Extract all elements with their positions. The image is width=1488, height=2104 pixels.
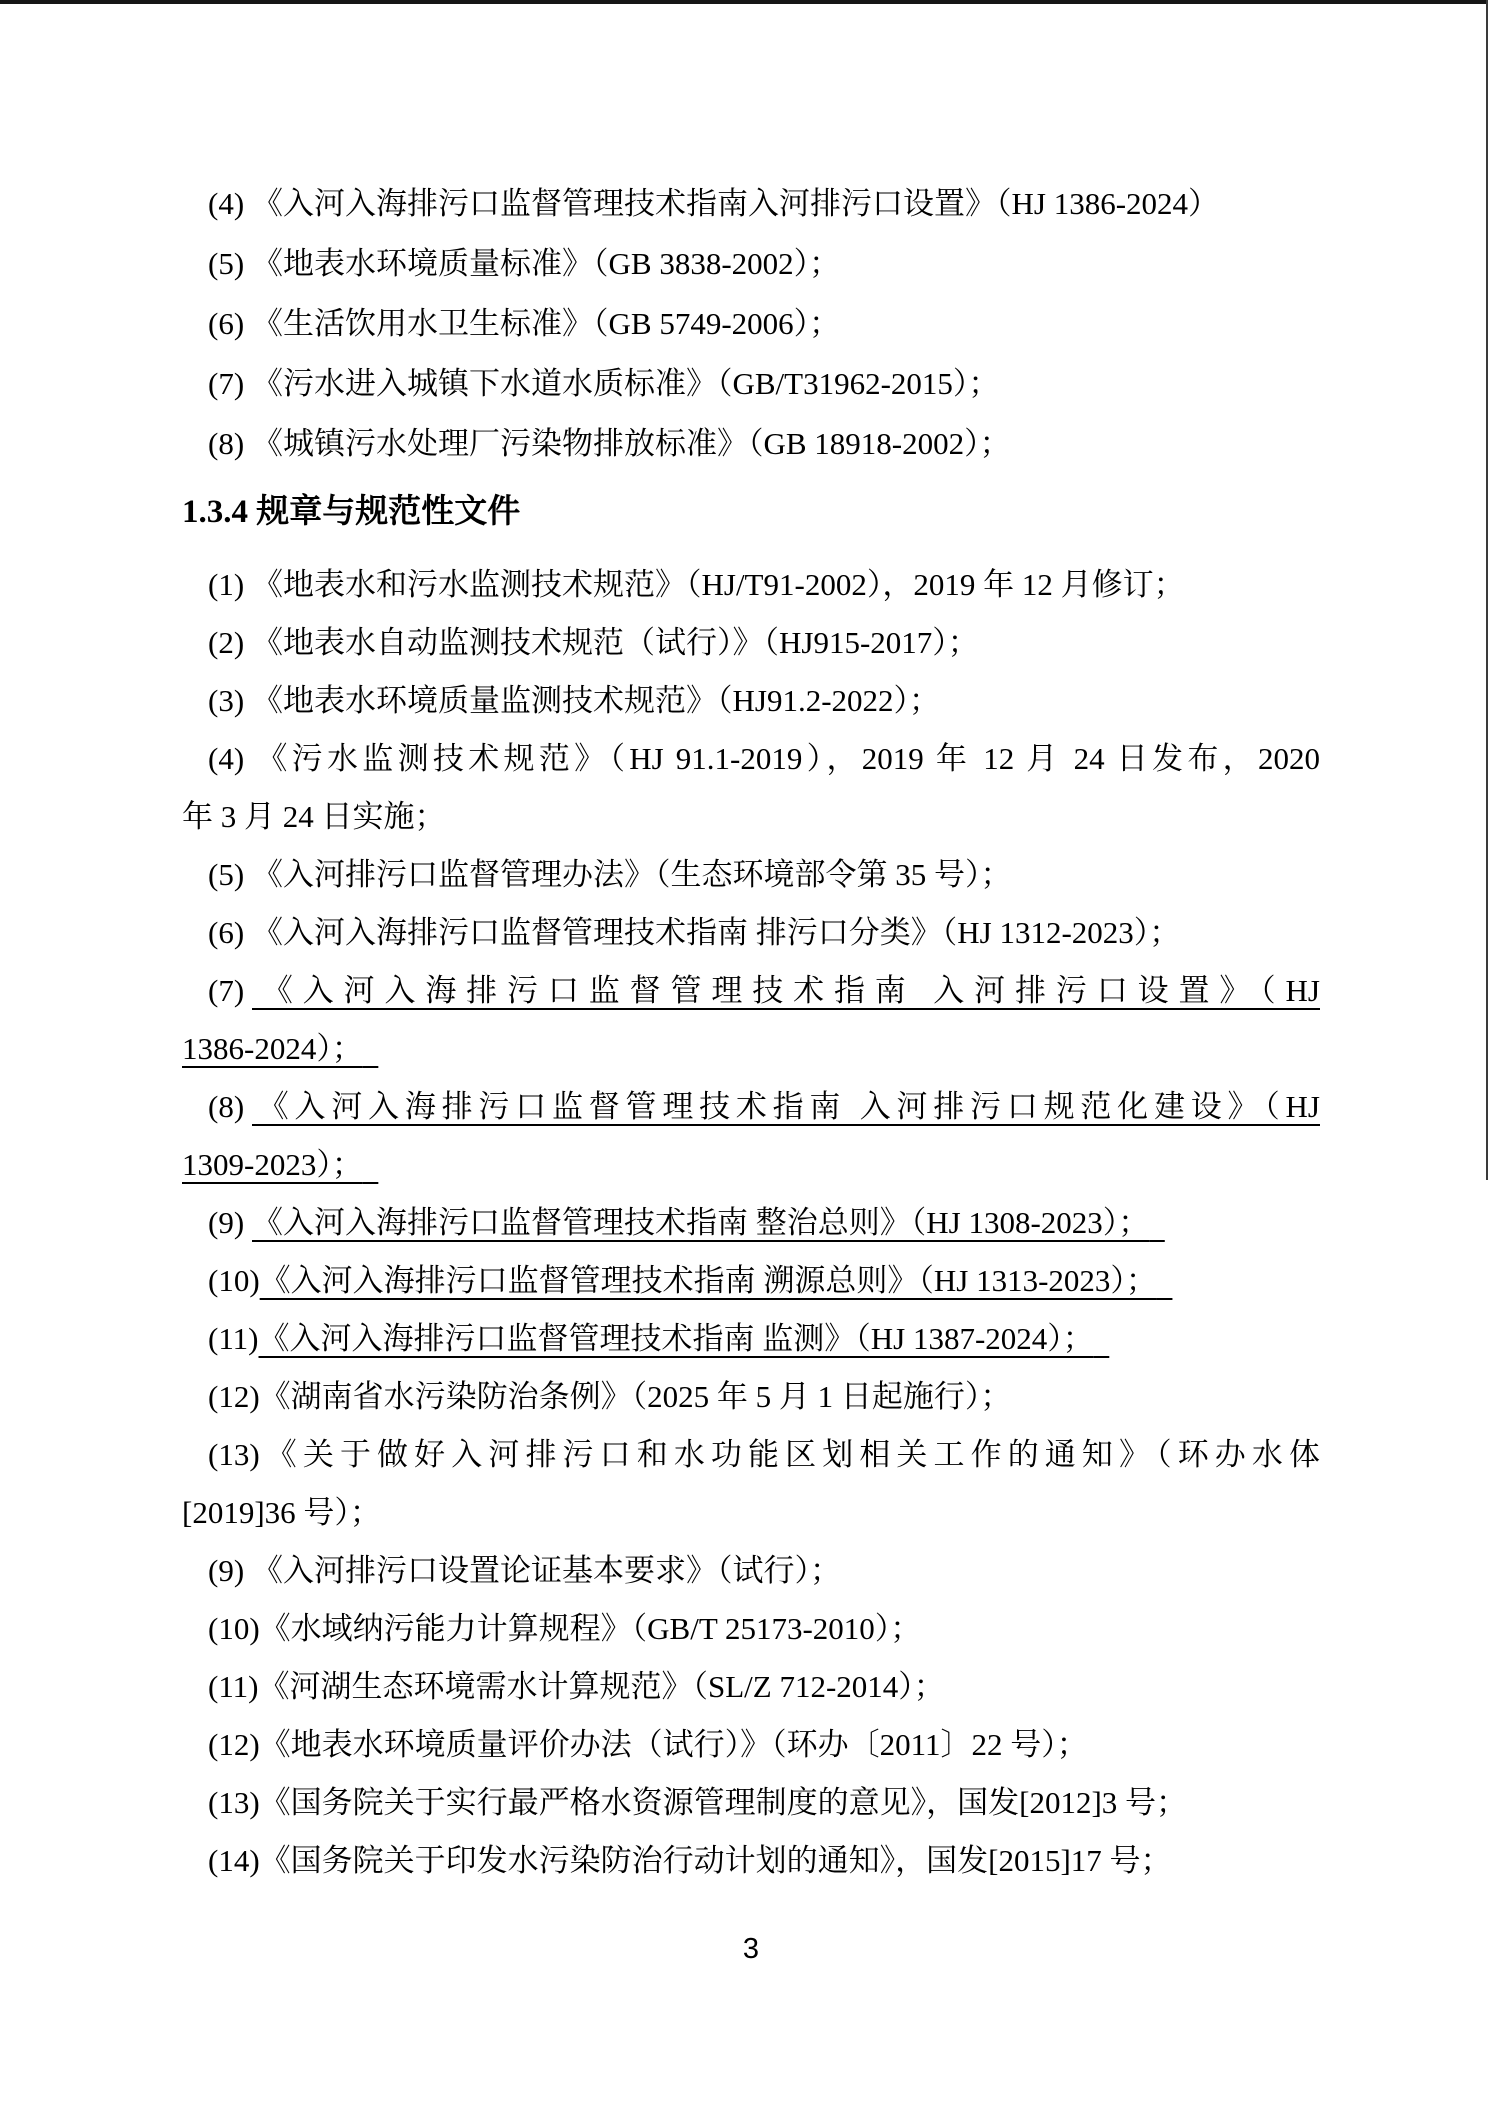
item-number: (11) <box>208 1658 259 1716</box>
item-text: 《入河入海排污口监督管理技术指南 排污口分类》（HJ 1312-2023）； <box>252 915 1180 950</box>
item-number: (12) <box>208 1368 260 1426</box>
page-number: 3 <box>182 1920 1320 1978</box>
list-item: (10)《水域纳污能力计算规程》（GB/T 25173-2010）； <box>182 1600 1320 1658</box>
list-item: (11)《河湖生态环境需水计算规范》（SL/Z 712-2014）； <box>182 1658 1320 1716</box>
list-item: (2)《地表水自动监测技术规范（试行）》（HJ915-2017）； <box>182 614 1320 672</box>
item-text: 《地表水环境质量评价办法（试行）》（环办〔2011〕22 号）； <box>260 1727 1088 1762</box>
item-text: 《入河入海排污口监督管理技术指南 入河排污口规范化建设》（HJ <box>252 1089 1320 1124</box>
list-item: (9)《入河入海排污口监督管理技术指南 整治总则》（HJ 1308-2023）； <box>182 1194 1320 1252</box>
item-text: 《入河入海排污口监督管理技术指南 入河排污口设置》（HJ <box>252 973 1320 1008</box>
item-text: [2019]36 号）； <box>182 1495 381 1530</box>
item-text: 《国务院关于印发水污染防治行动计划的通知》，国发[2015]17 号； <box>260 1843 1172 1878</box>
list-item: (9)《入河排污口设置论证基本要求》（试行）； <box>182 1542 1320 1600</box>
item-number: (2) <box>208 614 252 672</box>
item-text: 1309-2023）； <box>182 1147 378 1182</box>
item-text: 《入河入海排污口监督管理技术指南 溯源总则》（HJ 1313-2023）； <box>260 1263 1173 1298</box>
item-text: 《入河入海排污口监督管理技术指南 整治总则》（HJ 1308-2023）； <box>252 1205 1165 1240</box>
list-item: (4)《入河入海排污口监督管理技术指南入河排污口设置》（HJ 1386-2024… <box>182 174 1320 234</box>
list-item: (4)《污水监测技术规范》（HJ 91.1-2019），2019 年 12 月 … <box>182 730 1320 846</box>
item-text: 《湖南省水污染防治条例》（2025 年 5 月 1 日起施行）； <box>260 1379 1012 1414</box>
item-number: (5) <box>208 234 252 294</box>
list-item: (6)《入河入海排污口监督管理技术指南 排污口分类》（HJ 1312-2023）… <box>182 904 1320 962</box>
item-line: (4)《污水监测技术规范》（HJ 91.1-2019），2019 年 12 月 … <box>182 730 1320 788</box>
list-item: (12)《湖南省水污染防治条例》（2025 年 5 月 1 日起施行）； <box>182 1368 1320 1426</box>
item-text: 《地表水自动监测技术规范（试行）》（HJ915-2017）； <box>252 625 979 660</box>
item-number: (10) <box>208 1252 260 1310</box>
item-line: 1309-2023）； <box>182 1136 1320 1194</box>
item-number: (12) <box>208 1716 260 1774</box>
item-number: (13) <box>208 1426 260 1484</box>
item-number: (4) <box>208 730 252 788</box>
item-number: (8) <box>208 1078 252 1136</box>
item-text: 《地表水和污水监测技术规范》（HJ/T91-2002），2019 年 12 月修… <box>252 567 1185 602</box>
item-line: (8)《入河入海排污口监督管理技术指南 入河排污口规范化建设》（HJ <box>182 1078 1320 1136</box>
item-text: 《国务院关于实行最严格水资源管理制度的意见》，国发[2012]3 号； <box>260 1785 1187 1820</box>
list-item: (5)《入河排污口监督管理办法》（生态环境部令第 35 号）； <box>182 846 1320 904</box>
list-item: (14)《国务院关于印发水污染防治行动计划的通知》，国发[2015]17 号； <box>182 1832 1320 1890</box>
item-number: (7) <box>208 962 252 1020</box>
item-line: [2019]36 号）； <box>182 1484 1320 1542</box>
item-text: 《入河排污口设置论证基本要求》（试行）； <box>252 1553 841 1588</box>
item-number: (9) <box>208 1194 252 1252</box>
item-number: (10) <box>208 1600 260 1658</box>
document-page: (4)《入河入海排污口监督管理技术指南入河排污口设置》（HJ 1386-2024… <box>0 4 1488 1978</box>
list-item: (3)《地表水环境质量监测技术规范》（HJ91.2-2022）； <box>182 672 1320 730</box>
item-number: (6) <box>208 904 252 962</box>
item-text: 《地表水环境质量标准》（GB 3838-2002）； <box>252 246 840 281</box>
item-text: 《入河排污口监督管理办法》（生态环境部令第 35 号）； <box>252 857 1012 892</box>
list-item: (8)《城镇污水处理厂污染物排放标准》（GB 18918-2002）； <box>182 414 1320 474</box>
item-number: (1) <box>208 556 252 614</box>
standards-list: (4)《入河入海排污口监督管理技术指南入河排污口设置》（HJ 1386-2024… <box>182 174 1320 474</box>
list-item: (12)《地表水环境质量评价办法（试行）》（环办〔2011〕22 号）； <box>182 1716 1320 1774</box>
item-number: (9) <box>208 1542 252 1600</box>
item-text: 《地表水环境质量监测技术规范》（HJ91.2-2022）； <box>252 683 940 718</box>
item-line: (13)《关于做好入河排污口和水功能区划相关工作的通知》（环办水体 <box>182 1426 1320 1484</box>
list-item: (13)《国务院关于实行最严格水资源管理制度的意见》，国发[2012]3 号； <box>182 1774 1320 1832</box>
list-item: (6)《生活饮用水卫生标准》（GB 5749-2006）； <box>182 294 1320 354</box>
item-text: 1386-2024）； <box>182 1031 378 1066</box>
list-item: (8)《入河入海排污口监督管理技术指南 入河排污口规范化建设》（HJ 1309-… <box>182 1078 1320 1194</box>
item-number: (8) <box>208 414 252 474</box>
regulations-list: (1)《地表水和污水监测技术规范》（HJ/T91-2002），2019 年 12… <box>182 556 1320 1890</box>
item-text: 年 3 月 24 日实施； <box>182 799 446 834</box>
item-text: 《污水进入城镇下水道水质标准》（GB/T31962-2015）； <box>252 366 999 401</box>
list-item: (1)《地表水和污水监测技术规范》（HJ/T91-2002），2019 年 12… <box>182 556 1320 614</box>
item-text: 《入河入海排污口监督管理技术指南 监测》（HJ 1387-2024）； <box>259 1321 1110 1356</box>
item-number: (14) <box>208 1832 260 1890</box>
item-text: 《关于做好入河排污口和水功能区划相关工作的通知》（环办水体 <box>260 1437 1320 1472</box>
item-number: (4) <box>208 174 252 234</box>
list-item: (7)《污水进入城镇下水道水质标准》（GB/T31962-2015）； <box>182 354 1320 414</box>
item-line: 年 3 月 24 日实施； <box>182 788 1320 846</box>
item-text: 《河湖生态环境需水计算规范》（SL/Z 712-2014）； <box>259 1669 945 1704</box>
item-text: 《城镇污水处理厂污染物排放标准》（GB 18918-2002）； <box>252 426 1011 461</box>
item-number: (7) <box>208 354 252 414</box>
item-line: (7)《入河入海排污口监督管理技术指南 入河排污口设置》（HJ <box>182 962 1320 1020</box>
item-number: (5) <box>208 846 252 904</box>
item-number: (13) <box>208 1774 260 1832</box>
item-text: 《污水监测技术规范》（HJ 91.1-2019），2019 年 12 月 24 … <box>252 741 1320 776</box>
list-item: (13)《关于做好入河排污口和水功能区划相关工作的通知》（环办水体 [2019]… <box>182 1426 1320 1542</box>
item-number: (3) <box>208 672 252 730</box>
item-number: (6) <box>208 294 252 354</box>
item-number: (11) <box>208 1310 259 1368</box>
item-text: 《生活饮用水卫生标准》（GB 5749-2006）； <box>252 306 840 341</box>
list-item: (10)《入河入海排污口监督管理技术指南 溯源总则》（HJ 1313-2023）… <box>182 1252 1320 1310</box>
list-item: (5)《地表水环境质量标准》（GB 3838-2002）； <box>182 234 1320 294</box>
item-text: 《入河入海排污口监督管理技术指南入河排污口设置》（HJ 1386-2024） <box>252 186 1219 221</box>
list-item: (11)《入河入海排污口监督管理技术指南 监测》（HJ 1387-2024）； <box>182 1310 1320 1368</box>
list-item: (7)《入河入海排污口监督管理技术指南 入河排污口设置》（HJ 1386-202… <box>182 962 1320 1078</box>
item-line: 1386-2024）； <box>182 1020 1320 1078</box>
item-text: 《水域纳污能力计算规程》（GB/T 25173-2010）； <box>260 1611 922 1646</box>
section-heading: 1.3.4 规章与规范性文件 <box>182 482 1320 542</box>
